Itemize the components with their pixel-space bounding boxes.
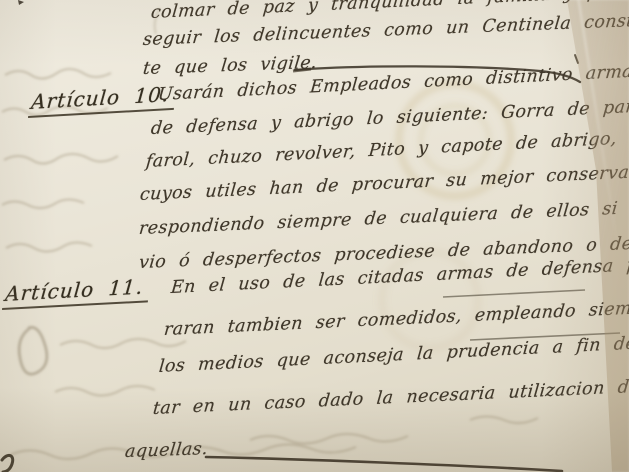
- separator-rule-bottom: [206, 457, 562, 471]
- article-11-heading: Artículo 11.: [2, 274, 150, 310]
- manuscript-line: aquellas.: [124, 439, 209, 462]
- manuscript-line: los medios que aconseja la prudencia a f…: [158, 332, 629, 377]
- ink-speck: [18, 0, 24, 5]
- article-10-heading: Artículo 10.: [28, 82, 176, 118]
- manuscript-line: te que los vigile.: [142, 53, 318, 79]
- cut-off-letter: [2, 455, 13, 472]
- ink-speck: [575, 55, 578, 63]
- manuscript-photo: colmar de paz y tranquilidad la familia …: [0, 0, 629, 472]
- manuscript-line: raran tambien ser comedidos, empleando s…: [163, 297, 629, 340]
- manuscript-line: tar en un caso dado la necesaria utiliza…: [152, 377, 629, 419]
